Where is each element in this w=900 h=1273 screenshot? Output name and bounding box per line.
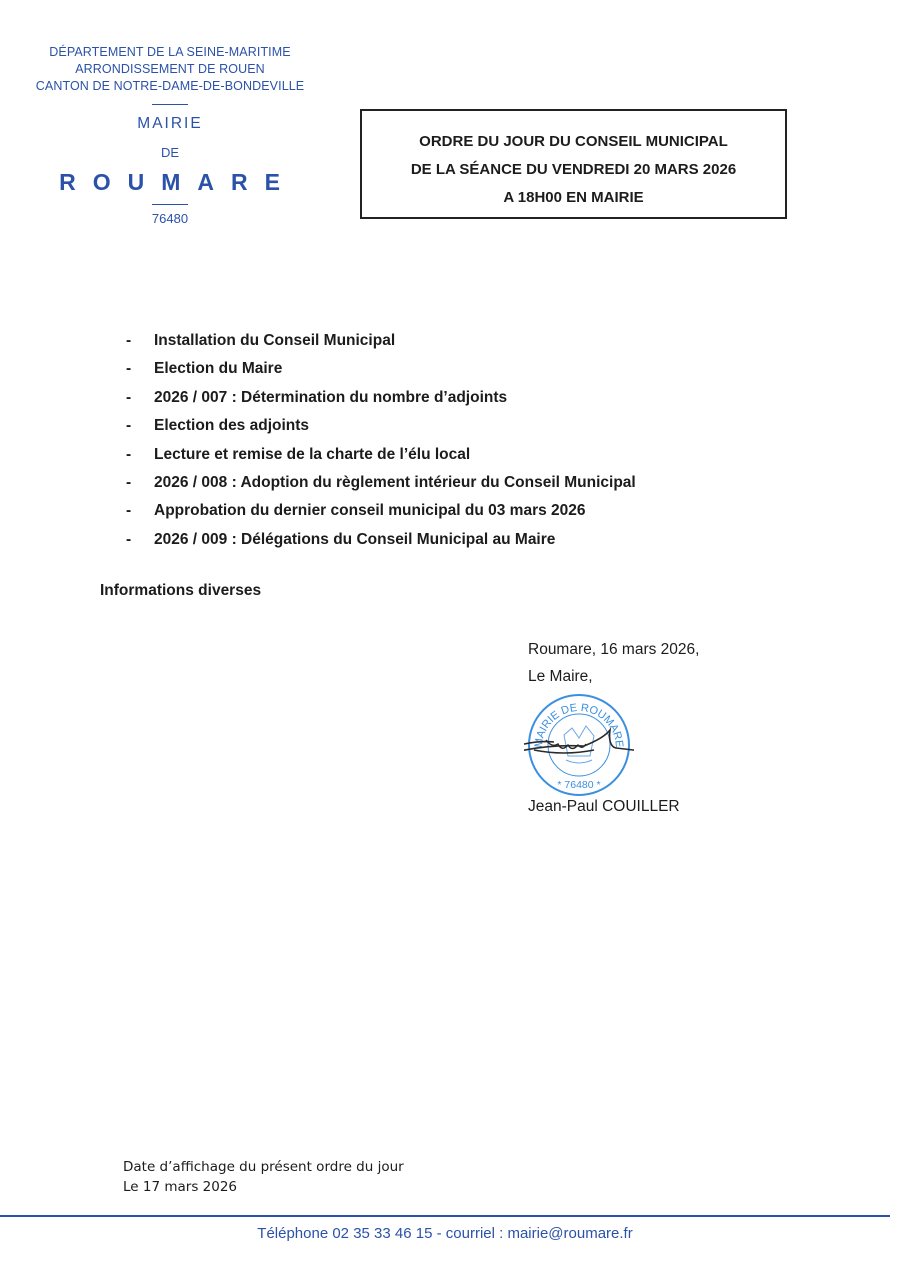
agenda-item: -Approbation du dernier conseil municipa…	[126, 497, 636, 525]
letterhead-divider	[152, 104, 188, 105]
canton-line: CANTON DE NOTRE-DAME-DE-BONDEVILLE	[30, 78, 310, 95]
posting-date-note: Date d’affichage du présent ordre du jou…	[123, 1157, 404, 1197]
arrondissement-line: ARRONDISSEMENT DE ROUEN	[30, 61, 310, 78]
bullet-dash: -	[126, 412, 154, 440]
title-line-3: A 18H00 EN MAIRIE	[362, 184, 785, 212]
de-label: DE	[30, 145, 310, 161]
department-line: DÉPARTEMENT DE LA SEINE-MARITIME	[30, 44, 310, 61]
posting-line-1: Date d’affichage du présent ordre du jou…	[123, 1157, 404, 1177]
letterhead-divider-2	[152, 204, 188, 205]
agenda-item-text: 2026 / 007 : Détermination du nombre d’a…	[154, 384, 507, 412]
informations-diverses: Informations diverses	[100, 582, 261, 600]
agenda-item: -Election des adjoints	[126, 412, 636, 440]
footer-divider	[0, 1215, 890, 1217]
posting-line-2: Le 17 mars 2026	[123, 1177, 404, 1197]
signature-block: Roumare, 16 mars 2026, Le Maire, Jean-Pa…	[528, 640, 699, 687]
signatory-role: Le Maire,	[528, 667, 699, 687]
svg-text:* 76480 *: * 76480 *	[557, 779, 600, 791]
agenda-item: -Installation du Conseil Municipal	[126, 327, 636, 355]
agenda-item-text: 2026 / 009 : Délégations du Conseil Muni…	[154, 526, 555, 554]
postal-code: 76480	[30, 211, 310, 227]
agenda-item-text: Approbation du dernier conseil municipal…	[154, 497, 586, 525]
mairie-stamp-icon: MAIRIE DE ROUMARE * 76480 *	[524, 690, 634, 800]
agenda-item-text: Election des adjoints	[154, 412, 309, 440]
agenda-item-text: 2026 / 008 : Adoption du règlement intér…	[154, 469, 636, 497]
bullet-dash: -	[126, 327, 154, 355]
agenda-item: -Election du Maire	[126, 355, 636, 383]
bullet-dash: -	[126, 441, 154, 469]
title-line-1: ORDRE DU JOUR DU CONSEIL MUNICIPAL	[362, 128, 785, 156]
title-line-2: DE LA SÉANCE DU VENDREDI 20 MARS 2026	[362, 156, 785, 184]
bullet-dash: -	[126, 384, 154, 412]
agenda-item: -2026 / 007 : Détermination du nombre d’…	[126, 384, 636, 412]
bullet-dash: -	[126, 497, 154, 525]
title-box: ORDRE DU JOUR DU CONSEIL MUNICIPAL DE LA…	[360, 109, 787, 219]
town-name: ROUMARE	[30, 169, 310, 195]
bullet-dash: -	[126, 355, 154, 383]
place-date: Roumare, 16 mars 2026,	[528, 640, 699, 660]
agenda-item-text: Election du Maire	[154, 355, 282, 383]
mairie-label: MAIRIE	[30, 115, 310, 133]
bullet-dash: -	[126, 469, 154, 497]
agenda-item-text: Lecture et remise de la charte de l’élu …	[154, 441, 470, 469]
footer-contact: Téléphone 02 35 33 46 15 - courriel : ma…	[0, 1225, 890, 1242]
agenda-item-text: Installation du Conseil Municipal	[154, 327, 395, 355]
signatory-name: Jean-Paul COUILLER	[528, 797, 680, 817]
agenda-item: -2026 / 008 : Adoption du règlement inté…	[126, 469, 636, 497]
agenda-list: -Installation du Conseil Municipal -Elec…	[126, 327, 636, 554]
bullet-dash: -	[126, 526, 154, 554]
agenda-item: -Lecture et remise de la charte de l’élu…	[126, 441, 636, 469]
letterhead: DÉPARTEMENT DE LA SEINE-MARITIME ARRONDI…	[30, 44, 310, 227]
agenda-item: -2026 / 009 : Délégations du Conseil Mun…	[126, 526, 636, 554]
